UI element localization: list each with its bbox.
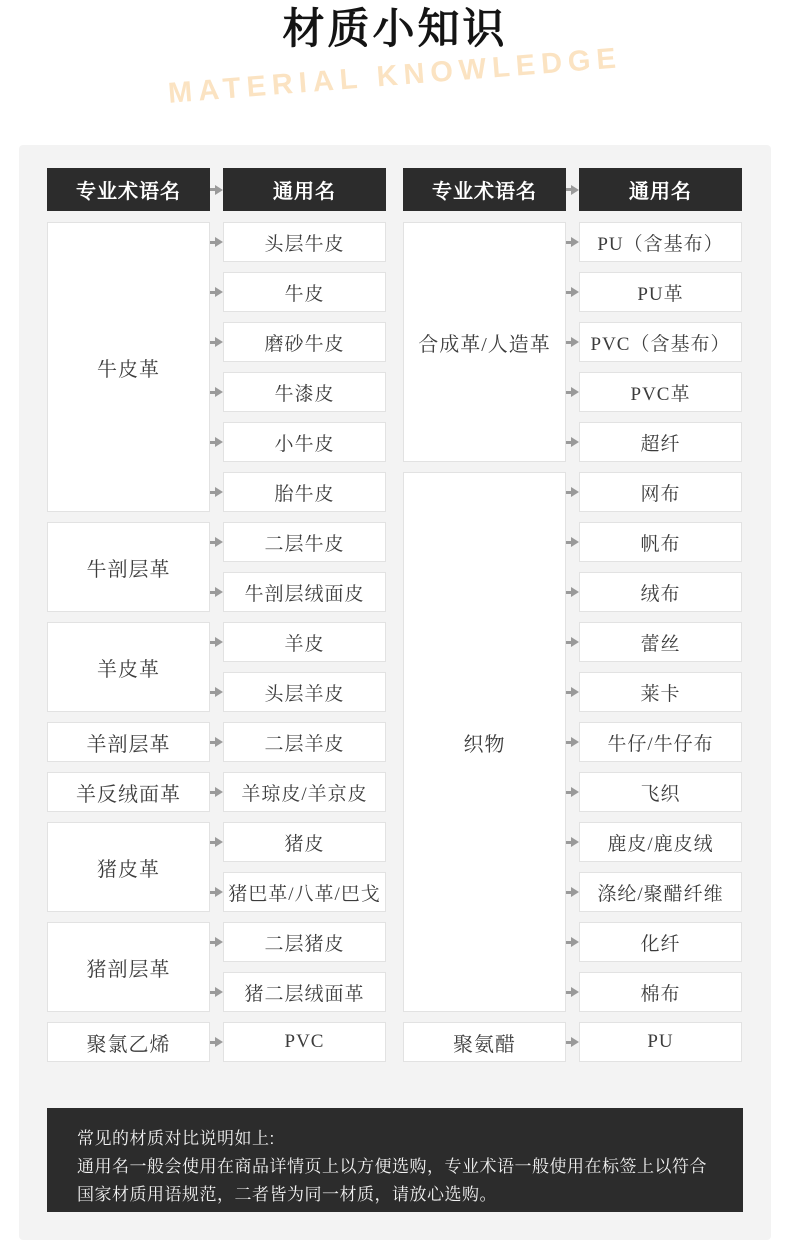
material-table-panel: 专业术语名 通用名 牛皮革头层牛皮牛皮磨砂牛皮牛漆皮小牛皮胎牛皮牛剖层革二层牛皮… [19,145,771,1240]
common-name-box: 猪二层绒面革 [223,972,386,1012]
right-arrow-icon [566,837,579,847]
common-rows: 羊皮头层羊皮 [210,622,386,712]
common-name-box: 猪皮 [223,822,386,862]
left-column-pair: 专业术语名 通用名 牛皮革头层牛皮牛皮磨砂牛皮牛漆皮小牛皮胎牛皮牛剖层革二层牛皮… [47,168,386,1072]
mapping-row: 绒布 [566,572,742,612]
right-arrow-icon [566,937,579,947]
common-rows: 网布帆布绒布蕾丝莱卡牛仔/牛仔布飞织鹿皮/鹿皮绒涤纶/聚醋纤维化纤棉布 [566,472,742,1012]
common-name-box: PU革 [579,272,742,312]
term-box: 猪剖层革 [47,922,210,1012]
right-arrow-icon [210,737,223,747]
footer-note-line1: 常见的材质对比说明如上: [77,1125,713,1153]
term-box: 聚氯乙烯 [47,1022,210,1062]
mapping-row: 羊琼皮/羊京皮 [210,772,386,812]
common-name-box: 化纤 [579,922,742,962]
right-arrow-icon [566,237,579,247]
material-group: 聚氯乙烯PVC [47,1022,386,1062]
right-arrow-icon [210,937,223,947]
mapping-row: 蕾丝 [566,622,742,662]
right-arrow-icon [566,587,579,597]
material-group: 羊剖层革二层羊皮 [47,722,386,762]
common-name-box: 牛皮 [223,272,386,312]
material-group: 牛皮革头层牛皮牛皮磨砂牛皮牛漆皮小牛皮胎牛皮 [47,222,386,512]
right-arrow-icon [210,787,223,797]
right-arrow-icon [210,887,223,897]
column-pairs: 专业术语名 通用名 牛皮革头层牛皮牛皮磨砂牛皮牛漆皮小牛皮胎牛皮牛剖层革二层牛皮… [47,168,743,1072]
material-group: 猪剖层革二层猪皮猪二层绒面革 [47,922,386,1012]
right-arrow-icon [566,637,579,647]
common-rows: 二层猪皮猪二层绒面革 [210,922,386,1012]
material-group: 羊皮革羊皮头层羊皮 [47,622,386,712]
common-name-box: 牛剖层绒面皮 [223,572,386,612]
right-arrow-icon [210,537,223,547]
term-box: 牛皮革 [47,222,210,512]
mapping-row: 牛漆皮 [210,372,386,412]
right-arrow-icon [566,185,579,195]
mapping-row: PU（含基布） [566,222,742,262]
left-column-header-row: 专业术语名 通用名 [47,168,386,211]
right-arrow-icon [210,1037,223,1047]
mapping-row: 帆布 [566,522,742,562]
mapping-row: 小牛皮 [210,422,386,462]
mapping-row: 羊皮 [210,622,386,662]
material-group: 合成革/人造革PU（含基布）PU革PVC（含基布）PVC革超纤 [403,222,742,462]
mapping-row: 鹿皮/鹿皮绒 [566,822,742,862]
mapping-row: PVC革 [566,372,742,412]
mapping-row: 莱卡 [566,672,742,712]
material-group: 羊反绒面革羊琼皮/羊京皮 [47,772,386,812]
footer-note-body: 通用名一般会使用在商品详情页上以方便选购，专业术语一般使用在标签上以符合国家材质… [77,1153,713,1209]
common-name-box: PVC（含基布） [579,322,742,362]
common-name-box: 头层牛皮 [223,222,386,262]
right-groups: 合成革/人造革PU（含基布）PU革PVC（含基布）PVC革超纤织物网布帆布绒布蕾… [403,222,742,1062]
right-arrow-icon [210,237,223,247]
common-column-header: 通用名 [579,168,742,211]
mapping-row: 猪皮 [210,822,386,862]
common-rows: PU [566,1022,742,1062]
common-rows: PU（含基布）PU革PVC（含基布）PVC革超纤 [566,222,742,462]
mapping-row: 牛剖层绒面皮 [210,572,386,612]
common-name-box: 飞织 [579,772,742,812]
term-box: 羊剖层革 [47,722,210,762]
common-name-box: 猪巴革/八革/巴戈 [223,872,386,912]
mapping-row: 猪二层绒面革 [210,972,386,1012]
common-name-box: 超纤 [579,422,742,462]
common-name-box: 绒布 [579,572,742,612]
common-name-box: 二层猪皮 [223,922,386,962]
mapping-row: PU [566,1022,742,1062]
right-arrow-icon [210,587,223,597]
mapping-row: PVC（含基布） [566,322,742,362]
right-arrow-icon [566,387,579,397]
common-name-box: 莱卡 [579,672,742,712]
right-arrow-icon [566,487,579,497]
mapping-row: 飞织 [566,772,742,812]
right-arrow-icon [210,287,223,297]
common-name-box: 二层牛皮 [223,522,386,562]
right-arrow-icon [210,487,223,497]
common-name-box: 网布 [579,472,742,512]
right-column-pair: 专业术语名 通用名 合成革/人造革PU（含基布）PU革PVC（含基布）PVC革超… [403,168,742,1072]
mapping-row: PU革 [566,272,742,312]
right-arrow-icon [210,987,223,997]
page-title: 材质小知识 [0,0,790,54]
left-groups: 牛皮革头层牛皮牛皮磨砂牛皮牛漆皮小牛皮胎牛皮牛剖层革二层牛皮牛剖层绒面皮羊皮革羊… [47,222,386,1062]
right-arrow-icon [566,887,579,897]
mapping-row: 网布 [566,472,742,512]
page-header: 材质小知识 MATERIAL KNOWLEDGE [0,0,790,145]
right-arrow-icon [566,537,579,547]
common-name-box: 涤纶/聚醋纤维 [579,872,742,912]
common-rows: 二层牛皮牛剖层绒面皮 [210,522,386,612]
term-box: 羊皮革 [47,622,210,712]
common-name-box: 小牛皮 [223,422,386,462]
mapping-row: 磨砂牛皮 [210,322,386,362]
common-name-box: 棉布 [579,972,742,1012]
right-arrow-icon [210,185,223,195]
right-arrow-icon [210,437,223,447]
mapping-row: 牛仔/牛仔布 [566,722,742,762]
common-name-box: 羊皮 [223,622,386,662]
right-arrow-icon [210,637,223,647]
common-name-box: 牛仔/牛仔布 [579,722,742,762]
common-name-box: 帆布 [579,522,742,562]
right-arrow-icon [566,287,579,297]
common-column-header: 通用名 [223,168,386,211]
mapping-row: 棉布 [566,972,742,1012]
term-box: 织物 [403,472,566,1012]
right-arrow-icon [566,737,579,747]
mapping-row: 牛皮 [210,272,386,312]
right-arrow-icon [210,387,223,397]
right-arrow-icon [566,1037,579,1047]
mapping-row: 二层羊皮 [210,722,386,762]
right-arrow-icon [566,687,579,697]
common-name-box: 鹿皮/鹿皮绒 [579,822,742,862]
mapping-row: 化纤 [566,922,742,962]
common-name-box: 蕾丝 [579,622,742,662]
material-group: 牛剖层革二层牛皮牛剖层绒面皮 [47,522,386,612]
common-name-box: 牛漆皮 [223,372,386,412]
term-box: 合成革/人造革 [403,222,566,462]
material-group: 猪皮革猪皮猪巴革/八革/巴戈 [47,822,386,912]
common-rows: 头层牛皮牛皮磨砂牛皮牛漆皮小牛皮胎牛皮 [210,222,386,512]
term-box: 羊反绒面革 [47,772,210,812]
common-name-box: 头层羊皮 [223,672,386,712]
common-rows: PVC [210,1022,386,1062]
common-name-box: 胎牛皮 [223,472,386,512]
right-arrow-icon [566,987,579,997]
common-name-box: PU（含基布） [579,222,742,262]
right-arrow-icon [210,837,223,847]
term-box: 聚氨醋 [403,1022,566,1062]
mapping-row: 二层牛皮 [210,522,386,562]
mapping-row: PVC [210,1022,386,1062]
common-name-box: 羊琼皮/羊京皮 [223,772,386,812]
term-column-header: 专业术语名 [47,168,210,211]
mapping-row: 涤纶/聚醋纤维 [566,872,742,912]
common-name-box: 磨砂牛皮 [223,322,386,362]
mapping-row: 头层羊皮 [210,672,386,712]
material-group: 织物网布帆布绒布蕾丝莱卡牛仔/牛仔布飞织鹿皮/鹿皮绒涤纶/聚醋纤维化纤棉布 [403,472,742,1012]
mapping-row: 猪巴革/八革/巴戈 [210,872,386,912]
right-arrow-icon [566,787,579,797]
common-name-box: 二层羊皮 [223,722,386,762]
common-name-box: PVC革 [579,372,742,412]
right-arrow-icon [210,337,223,347]
right-arrow-icon [566,437,579,447]
common-name-box: PVC [223,1022,386,1062]
term-column-header: 专业术语名 [403,168,566,211]
right-column-header-row: 专业术语名 通用名 [403,168,742,211]
mapping-row: 二层猪皮 [210,922,386,962]
term-box: 牛剖层革 [47,522,210,612]
footer-note: 常见的材质对比说明如上: 通用名一般会使用在商品详情页上以方便选购，专业术语一般… [47,1108,743,1212]
mapping-row: 头层牛皮 [210,222,386,262]
material-group: 聚氨醋PU [403,1022,742,1062]
mapping-row: 胎牛皮 [210,472,386,512]
common-rows: 羊琼皮/羊京皮 [210,772,386,812]
term-box: 猪皮革 [47,822,210,912]
right-arrow-icon [210,687,223,697]
right-arrow-icon [566,337,579,347]
common-rows: 猪皮猪巴革/八革/巴戈 [210,822,386,912]
common-rows: 二层羊皮 [210,722,386,762]
mapping-row: 超纤 [566,422,742,462]
common-name-box: PU [579,1022,742,1062]
